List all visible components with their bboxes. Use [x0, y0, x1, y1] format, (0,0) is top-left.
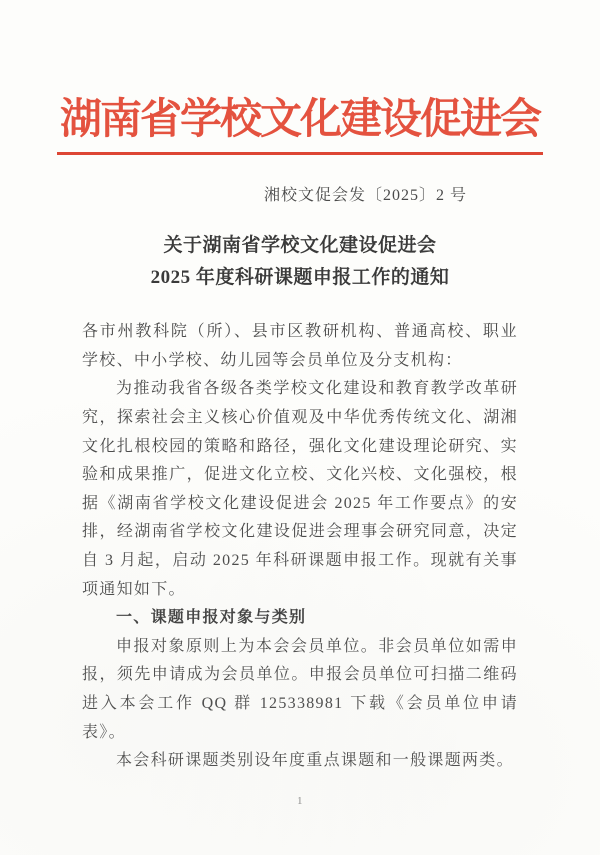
notice-title: 关于湖南省学校文化建设促进会 2025 年度科研课题申报工作的通知 [0, 230, 600, 294]
letterhead-org-name: 湖南省学校文化建设促进会 [0, 0, 600, 143]
notice-title-line2: 2025 年度科研课题申报工作的通知 [0, 262, 600, 294]
body-paragraph-3: 本会科研课题类别设年度重点课题和一般课题两类。 [82, 747, 518, 776]
section-1-heading: 一、课题申报对象与类别 [82, 604, 518, 633]
salutation: 各市州教科院（所）、县市区教研机构、普通高校、职业学校、中小学校、幼儿园等会员单… [82, 318, 518, 375]
document-page: 湖南省学校文化建设促进会 湘校文促会发〔2025〕2 号 关于湖南省学校文化建设… [0, 0, 600, 855]
document-number: 湘校文促会发〔2025〕2 号 [0, 182, 600, 205]
page-number: 1 [0, 795, 600, 807]
notice-title-line1: 关于湖南省学校文化建设促进会 [0, 230, 600, 262]
body-paragraph-1: 为推动我省各级各类学校文化建设和教育教学改革研究，探索社会主义核心价值观及中华优… [82, 375, 518, 604]
body-paragraph-2: 申报对象原则上为本会会员单位。非会员单位如需申报，须先申请成为会员单位。申报会员… [82, 633, 518, 747]
notice-body: 各市州教科院（所）、县市区教研机构、普通高校、职业学校、中小学校、幼儿园等会员单… [82, 318, 518, 776]
letterhead-red-rule [57, 152, 543, 155]
